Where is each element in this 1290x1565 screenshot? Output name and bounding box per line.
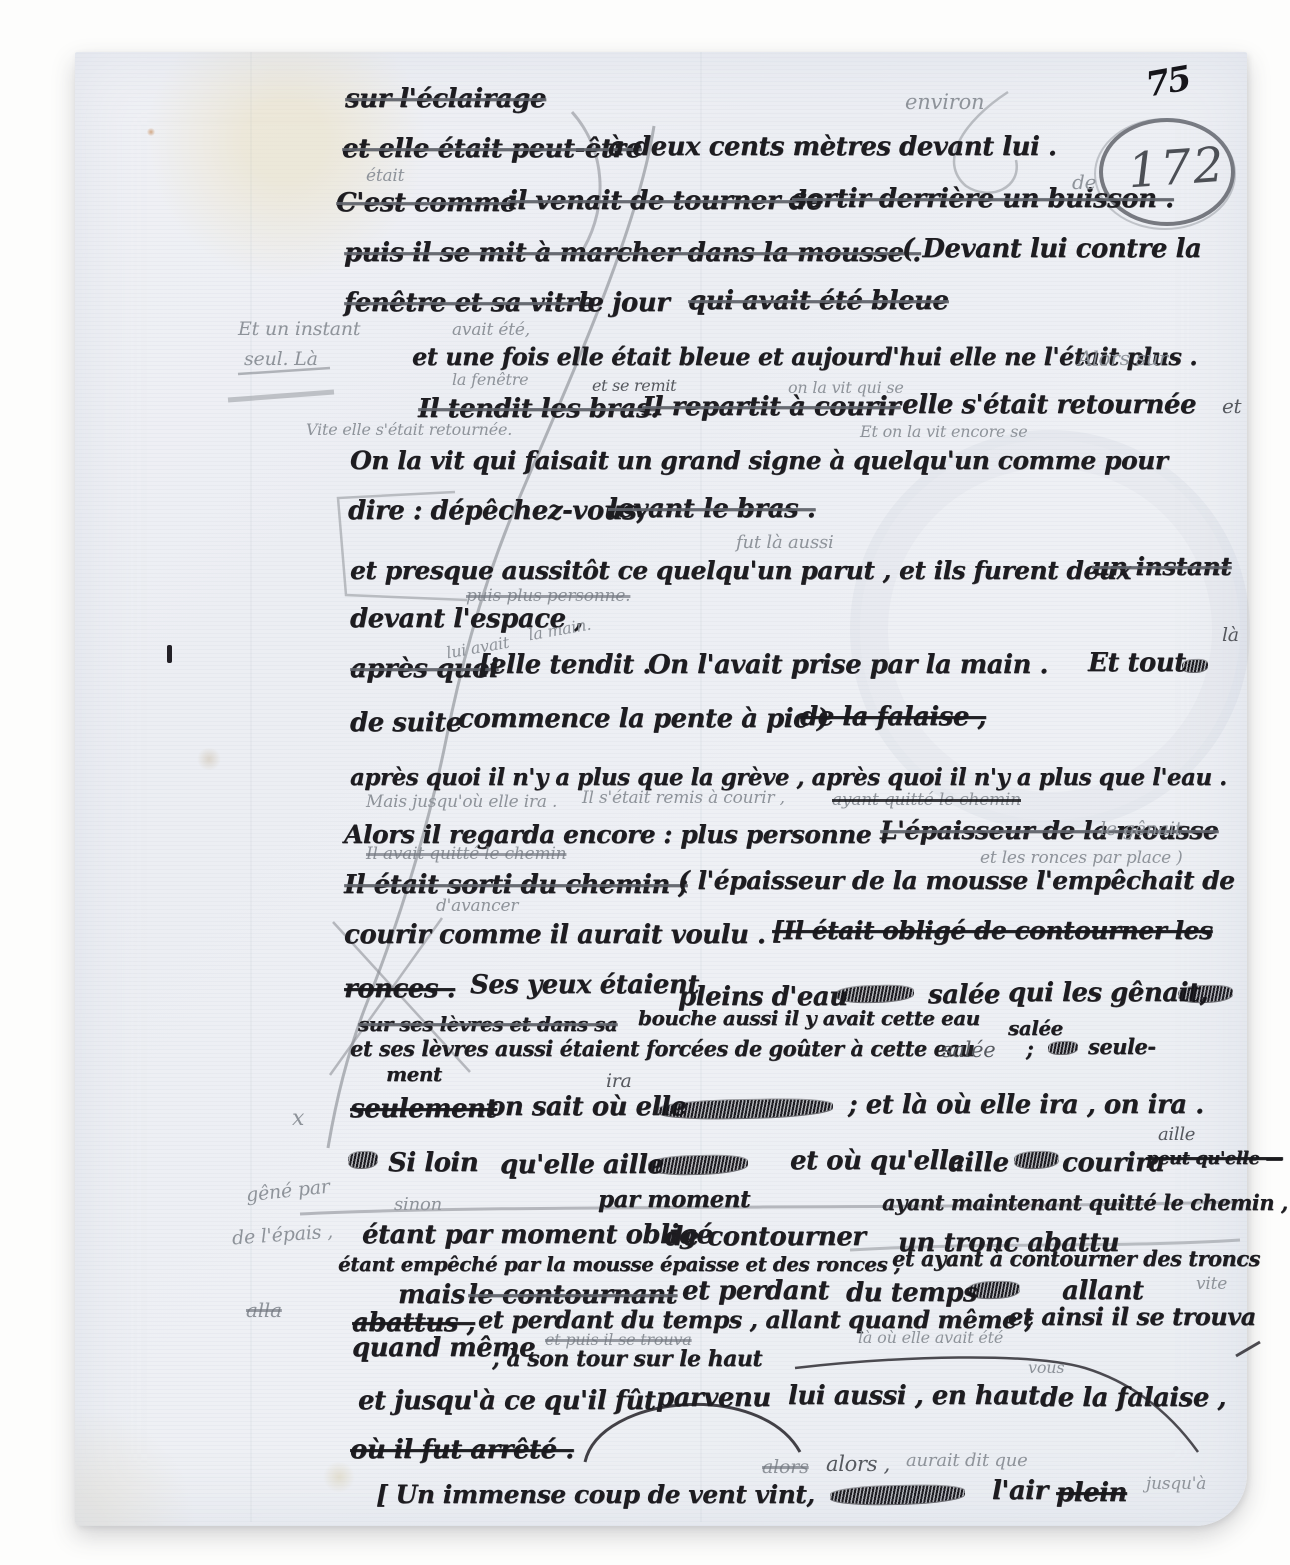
- pencil-annotation: vous: [1028, 1360, 1064, 1376]
- ink-handwriting: commence la pente à pic ): [458, 706, 829, 732]
- ink-handwriting: allant: [1062, 1278, 1143, 1304]
- ink-handwriting: alors ,: [826, 1454, 890, 1475]
- ink-handwriting: et perdant: [682, 1278, 829, 1304]
- ink-handwriting: lui aussi , en haut: [788, 1383, 1039, 1409]
- ink-dash: [167, 645, 172, 663]
- ink-handwriting: sur ses lèvres et dans sa: [358, 1014, 617, 1034]
- paper-stain: [147, 128, 155, 136]
- pencil-annotation: avait été,: [452, 322, 530, 339]
- pencil-annotation: d'avancer: [436, 898, 518, 915]
- pencil-annotation: puis plus personne.: [466, 588, 630, 605]
- pencil-annotation: ayant quitté le chemin: [832, 792, 1021, 809]
- pencil-annotation: Et un instant: [238, 320, 360, 339]
- ink-handwriting: courir comme il aurait voulu .: [344, 922, 765, 948]
- ink-handwriting: Il tendit les bras.: [418, 396, 659, 422]
- ink-handwriting: C'est comme: [336, 190, 516, 216]
- ink-handwriting: qui avait été bleue: [688, 288, 948, 314]
- ink-handwriting: sur l'éclairage: [345, 86, 546, 112]
- pencil-annotation: sinon: [394, 1196, 442, 1214]
- ink-handwriting: ( Devant lui contre la: [902, 236, 1201, 262]
- ink-handwriting: aille: [1158, 1126, 1195, 1144]
- ink-handwriting: parvenu: [656, 1385, 771, 1411]
- ink-handwriting: et elle était peut-être: [342, 136, 642, 162]
- ink-handwriting: [ Un immense coup de vent vint,: [376, 1482, 815, 1507]
- ink-handwriting: un instant: [1092, 554, 1231, 579]
- ink-handwriting: de contourner: [665, 1224, 865, 1250]
- ink-handwriting: le jour: [578, 290, 669, 316]
- ink-handwriting: et jusqu'à ce qu'il fût: [358, 1388, 655, 1414]
- ink-handwriting: Si loin: [388, 1150, 478, 1176]
- pencil-annotation: Vite elle s'était retournée.: [306, 422, 512, 438]
- ink-handwriting: [elle tendit .: [478, 652, 651, 678]
- ink-handwriting: salée: [942, 1040, 995, 1061]
- ink-handwriting: plein: [1056, 1480, 1127, 1506]
- ink-handwriting: et où qu'elle: [790, 1148, 964, 1174]
- pencil-annotation: jusqu'à: [1146, 1476, 1206, 1493]
- ink-handwriting: Ses yeux étaient: [470, 972, 699, 998]
- ink-handwriting: et se remit: [592, 378, 676, 394]
- ink-handwriting: levant le bras .: [608, 496, 815, 522]
- ink-handwriting: et ses lèvres aussi étaient forcées de g…: [350, 1038, 974, 1059]
- ink-handwriting: aille: [948, 1150, 1009, 1176]
- ink-handwriting: dire : dépêchez-vous,: [348, 498, 645, 524]
- ink-handwriting: elle s'était retournée: [902, 392, 1196, 418]
- ink-handwriting: après quoi: [350, 656, 498, 682]
- ink-handwriting: on sait où elle: [488, 1094, 686, 1120]
- ink-handwriting: à deux cents mètres devant lui .: [608, 134, 1056, 160]
- pencil-annotation: et puis il se trouva: [545, 1332, 692, 1348]
- ink-handwriting: et ayant à contourner des troncs: [892, 1248, 1260, 1269]
- pencil-annotation: Mais jusqu'où elle ira .: [366, 794, 557, 811]
- pencil-annotation: de: [1072, 172, 1096, 192]
- ink-handwriting: de la falaise ,: [800, 704, 986, 730]
- pencil-annotation: et les ronces par place ): [980, 850, 1183, 867]
- ink-handwriting: après quoi il n'y a plus que la grève , …: [350, 766, 1227, 789]
- ink-handwriting: étant empêché par la mousse épaisse et d…: [338, 1254, 900, 1274]
- pencil-annotation: fut là aussi: [736, 534, 834, 552]
- pencil-annotation: aurait dit que: [906, 1452, 1028, 1470]
- ink-handwriting: de suite: [350, 710, 462, 736]
- ink-handwriting: qu'elle aille: [500, 1152, 663, 1178]
- pencil-annotation: la fenêtre: [452, 372, 528, 388]
- ink-handwriting: bouche aussi il y avait cette eau: [638, 1008, 980, 1028]
- ink-handwriting: peut qu'elle —: [1146, 1150, 1283, 1168]
- ink-handwriting: salée: [928, 982, 1000, 1008]
- ink-handwriting: ronces .: [344, 976, 455, 1002]
- ink-handwriting: et ainsi il se trouva: [1008, 1305, 1256, 1329]
- pencil-annotation: x: [292, 1108, 304, 1130]
- pencil-annotation: était: [366, 168, 404, 185]
- ink-handwriting: Il repartit à courir: [642, 394, 900, 420]
- pencil-annotation: environ: [905, 92, 984, 113]
- ink-handwriting: salée: [1008, 1018, 1063, 1038]
- paper-stain: [196, 748, 222, 770]
- ink-handwriting: [Il était obligé de contourner les: [772, 918, 1213, 943]
- ink-handwriting: là: [1222, 626, 1239, 645]
- ink-handwriting: seule-: [1088, 1036, 1156, 1057]
- pencil-annotation: là où elle avait été: [858, 1330, 1003, 1346]
- manuscript-scan: 75 172 sur l'éclairageet elle était peut…: [0, 0, 1290, 1565]
- pencil-annotation: seul. Là: [244, 350, 318, 369]
- pencil-annotation: Il s'était remis à courir ,: [582, 790, 785, 807]
- ink-handwriting: sortir derrière un buisson .: [792, 186, 1174, 212]
- pencil-annotation: on la vit qui se: [788, 380, 904, 396]
- ink-handwriting: ayant maintenant quitté le chemin ,: [882, 1192, 1288, 1213]
- ink-handwriting: Il était sorti du chemin ;: [344, 872, 687, 898]
- ink-handwriting: ment: [386, 1064, 442, 1084]
- paper-stain: [322, 1462, 356, 1492]
- ink-handwriting: de la falaise ,: [1040, 1385, 1226, 1411]
- pencil-annotation: le gênait: [1100, 820, 1182, 839]
- pencil-annotation: Il avait quitté le chemin: [366, 846, 566, 863]
- ink-handwriting: par moment: [598, 1188, 750, 1211]
- pencil-annotation: alors: [762, 1458, 809, 1477]
- ink-handwriting: où il fut arrêté .: [350, 1437, 574, 1463]
- ink-handwriting: On la vit qui faisait un grand signe à q…: [350, 448, 1168, 473]
- folio-number-ink: 75: [1143, 59, 1193, 106]
- ink-handwriting: il venait de tourner de: [508, 188, 822, 214]
- ink-handwriting: fenêtre et sa vitre: [344, 290, 594, 316]
- ink-handwriting: du temps: [846, 1280, 977, 1306]
- ink-handwriting: ira: [606, 1072, 632, 1091]
- pencil-annotation: vite: [1196, 1276, 1227, 1293]
- ink-handwriting: et: [1222, 396, 1241, 416]
- ink-handwriting: seulement: [350, 1096, 497, 1122]
- ink-handwriting: puis il se mit à marcher dans la mousse …: [344, 240, 921, 266]
- ink-handwriting: étant par moment obligé: [362, 1222, 713, 1248]
- ink-handwriting: Et tout: [1088, 650, 1186, 676]
- ink-handwriting: et presque aussitôt ce quelqu'un parut ,…: [350, 558, 1131, 583]
- ink-handwriting: l'air: [992, 1478, 1048, 1504]
- ink-handwriting: , à son tour sur le haut: [492, 1348, 762, 1370]
- pencil-annotation: Et on la vit encore se: [860, 424, 1027, 440]
- pencil-annotation: Alors sur: [1078, 348, 1168, 368]
- ink-handwriting: mais: [398, 1282, 465, 1308]
- ink-handwriting: ;: [1026, 1038, 1033, 1059]
- ink-handwriting: ( l'épaisseur de la mousse l'empêchait d…: [678, 868, 1235, 893]
- ink-handwriting: On l'avait prise par la main .: [648, 652, 1048, 678]
- ink-handwriting: ; et là où elle ira , on ira .: [848, 1092, 1204, 1118]
- pencil-annotation: alla: [246, 1300, 282, 1320]
